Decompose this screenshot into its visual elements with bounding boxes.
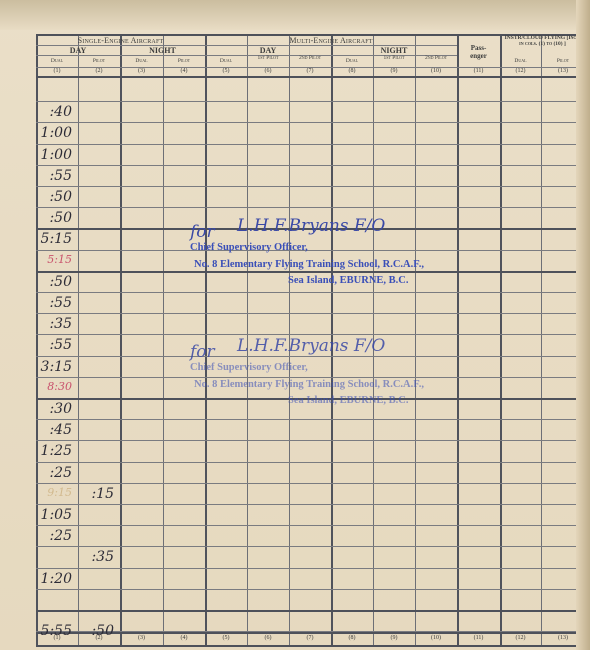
stamp-line-3: Sea Island, EBURNE, B.C. xyxy=(288,395,409,406)
column-number: (1) xyxy=(36,68,78,74)
row-rule xyxy=(36,525,585,526)
entry-dual-day: :50 xyxy=(38,210,72,226)
column-label: Dual xyxy=(331,58,373,64)
entry-dual-day: 1:20 xyxy=(38,571,72,587)
entry-dual-day: :25 xyxy=(38,528,72,544)
entry-dual-day: :55 xyxy=(38,168,72,184)
header-me-night: NIGHT xyxy=(331,46,457,55)
row-rule xyxy=(36,645,585,647)
entry-dual-day: :30 xyxy=(38,401,72,417)
column-number: (8) xyxy=(331,68,373,74)
row-rule xyxy=(36,271,585,273)
footer-column-number: (10) xyxy=(415,635,457,641)
entry-dual-day: 1:00 xyxy=(38,147,72,163)
footer-column-number: (9) xyxy=(373,635,415,641)
flight-time-grid: Single-Engine AircraftMulti-Engine Aircr… xyxy=(32,34,587,646)
column-number: (4) xyxy=(163,68,205,74)
row-rule xyxy=(36,313,585,314)
stamp-line-1: Chief Supervisory Officer, xyxy=(190,362,308,373)
entry-dual-day: :50 xyxy=(38,274,72,290)
column-rule xyxy=(585,34,587,646)
row-rule xyxy=(36,483,585,484)
row-rule xyxy=(36,589,585,590)
header-passenger: Pass- enger xyxy=(457,44,500,60)
column-number: (2) xyxy=(78,68,120,74)
row-rule xyxy=(36,610,585,612)
entry-dual-day: :45 xyxy=(38,422,72,438)
row-rule xyxy=(36,186,585,187)
column-label: Pilot xyxy=(541,58,585,64)
column-label: Dual xyxy=(205,58,247,64)
header-se-night: NIGHT xyxy=(120,46,205,55)
footer-column-number: (3) xyxy=(120,635,163,641)
column-number: (6) xyxy=(247,68,289,74)
row-rule xyxy=(36,568,585,569)
column-rule xyxy=(457,34,459,646)
column-number: (3) xyxy=(120,68,163,74)
column-number: (10) xyxy=(415,68,457,74)
footer-column-number: (6) xyxy=(247,635,289,641)
column-label: 1st Pilot xyxy=(247,55,289,61)
entry-dual-day: :55 xyxy=(38,337,72,353)
column-number: (13) xyxy=(541,68,585,74)
header-instr-cloud: INSTR/CLOUD FLYING [Incl. in cols. (1) t… xyxy=(502,35,583,47)
stamp-for-prefix: for xyxy=(190,342,215,362)
footer-column-number: (11) xyxy=(457,635,500,641)
column-label: 2nd Pilot xyxy=(415,55,457,61)
column-number: (9) xyxy=(373,68,415,74)
entry-pilot-day: :35 xyxy=(80,549,114,565)
footer-column-number: (13) xyxy=(541,635,585,641)
row-rule xyxy=(36,292,585,293)
row-rule xyxy=(36,101,585,102)
logbook-page: Single-Engine AircraftMulti-Engine Aircr… xyxy=(0,0,590,650)
column-label: Pilot xyxy=(163,58,205,64)
footer-column-number: (4) xyxy=(163,635,205,641)
entry-dual-day: :35 xyxy=(38,316,72,332)
entry-pilot-day: :50 xyxy=(80,623,114,639)
column-number: (5) xyxy=(205,68,247,74)
row-rule xyxy=(36,250,585,251)
entry-dual-day: 5:15 xyxy=(38,231,72,247)
stamp-line-1: Chief Supervisory Officer, xyxy=(190,242,308,253)
entry-dual-day: 9:15 xyxy=(38,486,72,499)
entry-dual-day: :50 xyxy=(38,189,72,205)
stamp-line-2: No. 8 Elementary Flying Training School,… xyxy=(194,259,424,270)
row-rule xyxy=(36,462,585,463)
row-rule xyxy=(36,76,585,78)
column-label: Pilot xyxy=(78,58,120,64)
entry-dual-day: :25 xyxy=(38,465,72,481)
column-label: Dual xyxy=(500,58,541,64)
row-rule xyxy=(36,122,585,123)
row-rule xyxy=(36,632,585,634)
row-rule xyxy=(36,440,585,441)
column-number: (7) xyxy=(289,68,331,74)
entry-dual-day: 1:00 xyxy=(38,125,72,141)
entry-dual-day: 3:15 xyxy=(38,359,72,375)
column-label: 1st Pilot xyxy=(373,55,415,61)
column-rule xyxy=(205,34,207,646)
header-me-day: DAY xyxy=(205,46,331,55)
stamp-line-2: No. 8 Elementary Flying Training School,… xyxy=(194,379,424,390)
entry-dual-day: 8:30 xyxy=(38,380,72,393)
row-rule xyxy=(36,165,585,166)
column-number: (11) xyxy=(457,68,500,74)
header-se-day: DAY xyxy=(36,46,120,55)
entry-pilot-day: :15 xyxy=(80,486,114,502)
row-rule xyxy=(36,144,585,145)
entry-dual-day: 1:25 xyxy=(38,443,72,459)
footer-column-number: (5) xyxy=(205,635,247,641)
entry-dual-day: 5:55 xyxy=(38,623,72,639)
footer-column-number: (7) xyxy=(289,635,331,641)
row-rule xyxy=(36,546,585,547)
row-rule xyxy=(36,504,585,505)
column-rule xyxy=(541,34,542,646)
footer-column-number: (12) xyxy=(500,635,541,641)
column-label: Dual xyxy=(36,58,78,64)
stamp-line-3: Sea Island, EBURNE, B.C. xyxy=(288,275,409,286)
header-single-engine: Single-Engine Aircraft xyxy=(36,36,205,45)
header-multi-engine: Multi-Engine Aircraft xyxy=(205,36,457,45)
column-rule xyxy=(120,34,122,646)
officer-signature: L.H.F.Bryans F/O xyxy=(237,216,385,236)
stamp-for-prefix: for xyxy=(190,222,215,242)
row-rule xyxy=(36,419,585,420)
column-rule xyxy=(163,34,164,646)
entry-dual-day: 5:15 xyxy=(38,253,72,266)
entry-dual-day: :40 xyxy=(38,104,72,120)
row-rule xyxy=(36,207,585,208)
column-label: Dual xyxy=(120,58,163,64)
column-rule xyxy=(500,34,502,646)
column-number: (12) xyxy=(500,68,541,74)
column-label: 2nd Pilot xyxy=(289,55,331,61)
column-rule xyxy=(78,34,79,646)
footer-column-number: (8) xyxy=(331,635,373,641)
row-rule xyxy=(36,377,585,378)
entry-dual-day: :55 xyxy=(38,295,72,311)
column-rule xyxy=(415,34,416,646)
officer-signature: L.H.F.Bryans F/O xyxy=(237,336,385,356)
entry-dual-day: 1:05 xyxy=(38,507,72,523)
